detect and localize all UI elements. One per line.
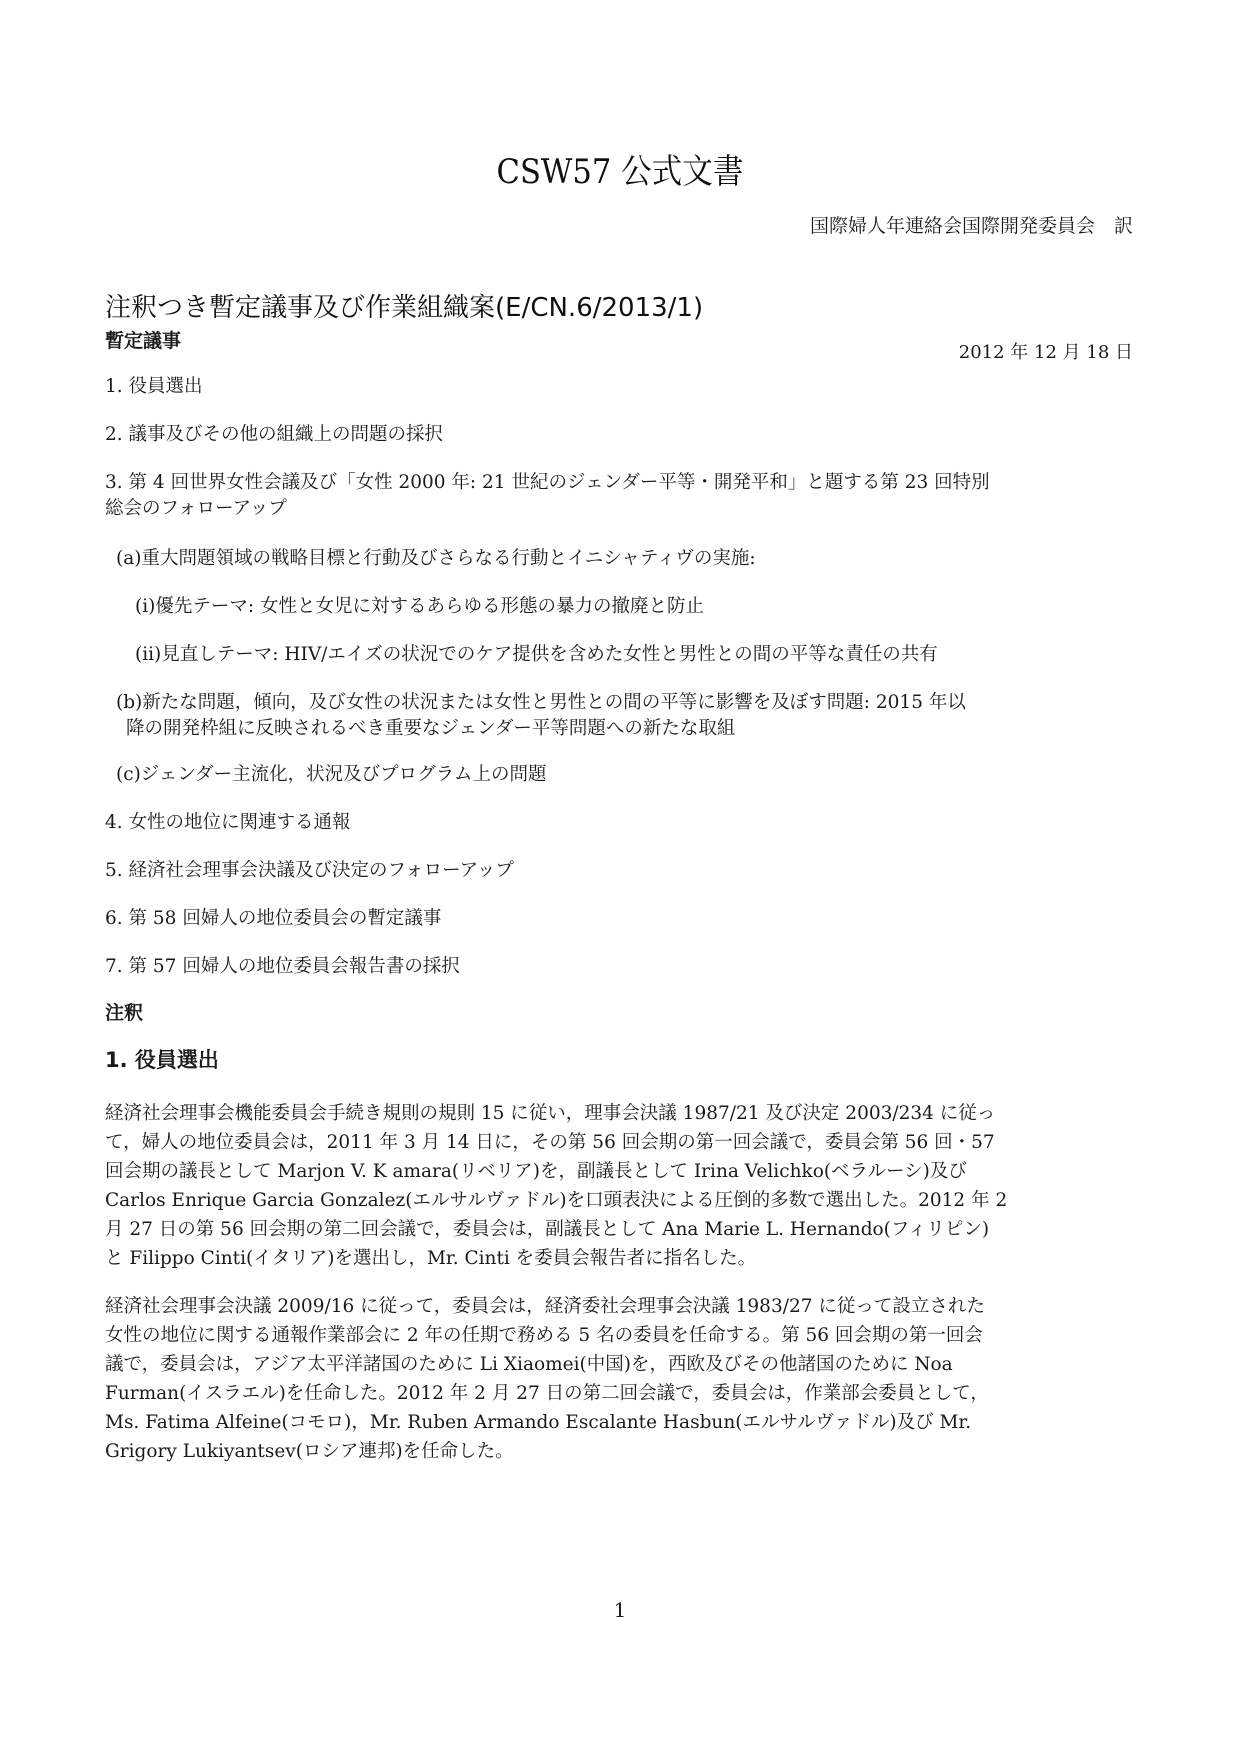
agenda-item-7: 7. 第 57 回婦人の地位委員会報告書の採択 — [105, 954, 460, 980]
agenda-item-3c: (c)ジェンダー主流化，状況及びプログラム上の問題 — [116, 762, 547, 788]
paragraph-officer-election: 経済社会理事会機能委員会手続き規則の規則 15 に従い，理事会決議 1987/2… — [105, 1099, 1133, 1273]
agenda-item-3a: (a)重大問題領域の戦略目標と行動及びさらなる行動とイニシャティヴの実施: — [116, 546, 756, 572]
paragraph-line: 回会期の議長として Marjon V. K amara(リベリア)を，副議長とし… — [105, 1157, 1133, 1186]
document-page: CSW57 公式文書 国際婦人年連絡会国際開発委員会 訳 注釈つき暫定議事及び作… — [0, 0, 1240, 1754]
document-title: CSW57 公式文書 — [62, 150, 1178, 194]
agenda-item-3b-line-1: (b)新たな問題，傾向，及び女性の状況または女性と男性との間の平等に影響を及ぼす… — [116, 690, 966, 716]
paragraph-line: 議で，委員会は，アジア太平洋諸国のために Li Xiaomei(中国)を，西欧及… — [105, 1350, 1133, 1379]
paragraph-line: 経済社会理事会決議 2009/16 に従って，委員会は，経済委社会理事会決議 1… — [105, 1292, 1133, 1321]
agenda-item-2: 2. 議事及びその他の組織上の問題の採択 — [105, 422, 443, 448]
notes-label: 注釈 — [105, 1000, 143, 1026]
paragraph-line: て，婦人の地位委員会は，2011 年 3 月 14 日に，その第 56 回会期の… — [105, 1128, 1133, 1157]
notes-section-1-heading: 1. 役員選出 — [105, 1046, 219, 1074]
page-number: 1 — [0, 1597, 1240, 1623]
agenda-item-3a-ii: (ii)見直しテーマ: HIV/エイズの状況でのケア提供を含めた女性と男性との間… — [135, 642, 938, 668]
agenda-item-3a-i: (i)優先テーマ: 女性と女児に対するあらゆる形態の暴力の撤廃と防止 — [135, 594, 704, 620]
paragraph-line: Grigory Lukiyantsev(ロシア連邦)を任命した。 — [105, 1437, 1133, 1466]
paragraph-line: Carlos Enrique Garcia Gonzalez(エルサルヴァドル)… — [105, 1186, 1133, 1215]
paragraph-line: 女性の地位に関する通報作業部会に 2 年の任期で務める 5 名の委員を任命する。… — [105, 1321, 1133, 1350]
translator-credit: 国際婦人年連絡会国際開発委員会 訳 — [810, 213, 1133, 239]
agenda-item-1: 1. 役員選出 — [105, 374, 203, 400]
agenda-item-3b-line-2: 降の開発枠組に反映されるべき重要なジェンダー平等問題への新たな取組 — [126, 716, 735, 742]
agenda-item-3-line-1: 3. 第 4 回世界女性会議及び「女性 2000 年: 21 世紀のジェンダー平… — [105, 470, 990, 496]
paragraph-line: と Filippo Cinti(イタリア)を選出し，Mr. Cinti を委員会… — [105, 1244, 1133, 1273]
paragraph-line: Ms. Fatima Alfeine(コモロ)，Mr. Ruben Armand… — [105, 1408, 1133, 1437]
paragraph-line: 月 27 日の第 56 回会期の第二回会議で，委員会は，副議長として Ana M… — [105, 1215, 1133, 1244]
agenda-label: 暫定議事 — [105, 328, 181, 354]
agenda-item-4: 4. 女性の地位に関連する通報 — [105, 810, 351, 836]
document-heading: 注釈つき暫定議事及び作業組織案(E/CN.6/2013/1) — [105, 290, 703, 326]
agenda-item-5: 5. 経済社会理事会決議及び決定のフォローアップ — [105, 858, 514, 884]
agenda-item-3-line-2: 総会のフォローアップ — [105, 496, 287, 522]
document-date: 2012 年 12 月 18 日 — [959, 341, 1133, 365]
paragraph-line: Furman(イスラエル)を任命した。2012 年 2 月 27 日の第二回会議… — [105, 1379, 1133, 1408]
agenda-item-6: 6. 第 58 回婦人の地位委員会の暫定議事 — [105, 906, 441, 932]
paragraph-line: 経済社会理事会機能委員会手続き規則の規則 15 に従い，理事会決議 1987/2… — [105, 1099, 1133, 1128]
paragraph-working-group: 経済社会理事会決議 2009/16 に従って，委員会は，経済委社会理事会決議 1… — [105, 1292, 1133, 1466]
